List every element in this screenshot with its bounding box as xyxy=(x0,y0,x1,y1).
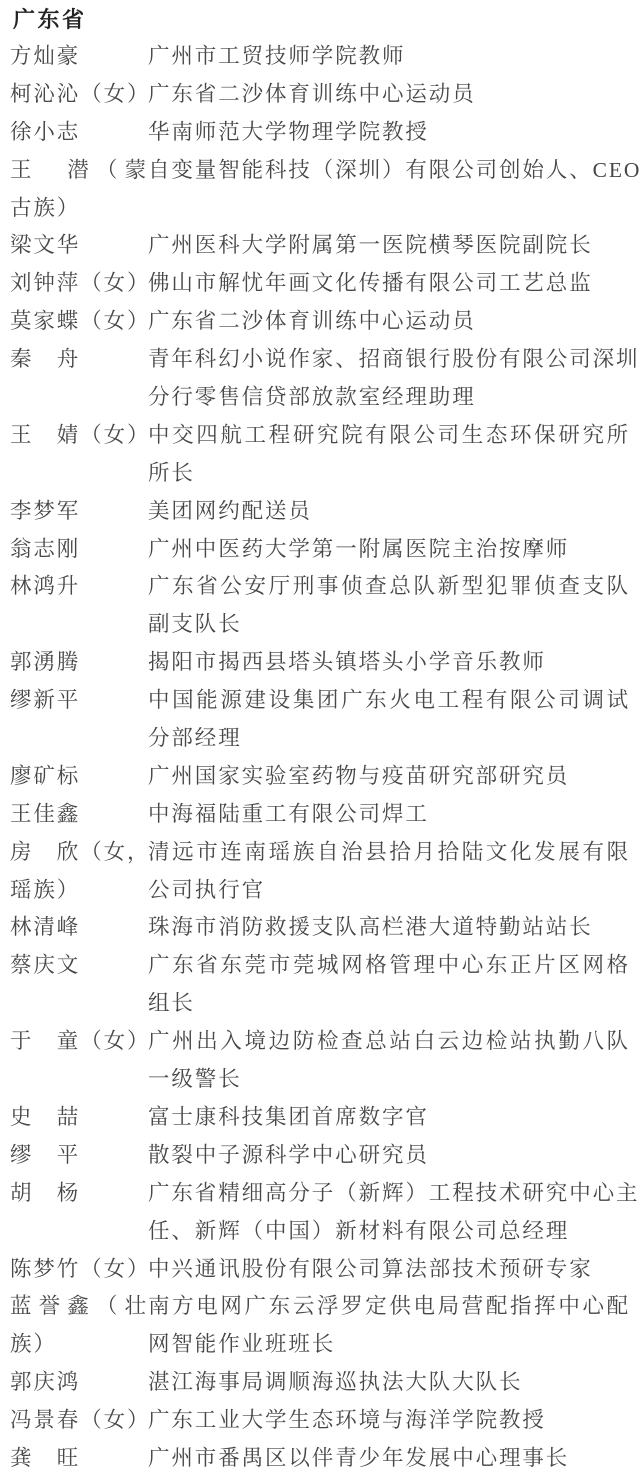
list-entry: 冯景春（女）广东工业大学生态环境与海洋学院教授 xyxy=(10,1402,632,1440)
honor-roll-list: 方灿豪广州市工贸技师学院教师柯沁沁（女）广东省二沙体育训练中心运动员徐小志华南师… xyxy=(10,38,632,1470)
person-name: 林清峰 xyxy=(10,909,148,947)
person-title-line: 清远市连南瑶族自治县拾月拾陆文化发展有限 xyxy=(148,834,630,872)
person-name-line: 族） xyxy=(10,1326,148,1364)
person-name-line: 陈梦竹（女） xyxy=(10,1251,148,1289)
person-title: 湛江海事局调顺海巡执法大队大队长 xyxy=(148,1364,630,1402)
person-title-line: 广州出入境边防检查总站白云边检站执勤八队 xyxy=(148,1023,630,1061)
list-entry: 翁志刚广州中医药大学第一附属医院主治按摩师 xyxy=(10,531,632,569)
person-name-line: 林清峰 xyxy=(10,909,148,947)
person-title-line: 广州市番禺区以伴青少年发展中心理事长 xyxy=(148,1440,630,1470)
person-title: 广州国家实验室药物与疫苗研究部研究员 xyxy=(148,758,630,796)
person-title-line: 广东省二沙体育训练中心运动员 xyxy=(148,76,630,114)
person-name-line: 柯沁沁（女） xyxy=(10,76,148,114)
list-entry: 廖矿标广州国家实验室药物与疫苗研究部研究员 xyxy=(10,758,632,796)
person-title-line: 珠海市消防救援支队高栏港大道特勤站站长 xyxy=(148,909,630,947)
list-entry: 于 童（女）广州出入境边防检查总站白云边检站执勤八队一级警长 xyxy=(10,1023,632,1099)
list-entry: 郭庆鸿湛江海事局调顺海巡执法大队大队长 xyxy=(10,1364,632,1402)
person-title-line: 广东省公安厅刑事侦查总队新型犯罪侦查支队 xyxy=(148,568,630,606)
person-title-line: 组长 xyxy=(148,985,630,1023)
person-name-line: 缪 平 xyxy=(10,1137,148,1175)
person-title: 广州出入境边防检查总站白云边检站执勤八队一级警长 xyxy=(148,1023,630,1099)
person-title-line: 中海福陆重工有限公司焊工 xyxy=(148,796,630,834)
person-title: 广东工业大学生态环境与海洋学院教授 xyxy=(148,1402,630,1440)
person-title-line: 广东省精细高分子（新辉）工程技术研究中心主 xyxy=(148,1175,630,1213)
person-name-line: 王 婧（女） xyxy=(10,417,148,455)
person-name-line: 郭庆鸿 xyxy=(10,1364,148,1402)
person-title: 广东省二沙体育训练中心运动员 xyxy=(148,303,630,341)
list-entry: 龚 旺广州市番禺区以伴青少年发展中心理事长 xyxy=(10,1440,632,1470)
list-entry: 梁文华广州医科大学附属第一医院横琴医院副院长 xyxy=(10,227,632,265)
person-name-line: 莫家蝶（女） xyxy=(10,303,148,341)
person-title: 散裂中子源科学中心研究员 xyxy=(148,1137,630,1175)
person-title-line: 分部经理 xyxy=(148,720,630,758)
person-name: 王 潜（蒙古族） xyxy=(10,152,148,228)
list-entry: 方灿豪广州市工贸技师学院教师 xyxy=(10,38,632,76)
person-name-line: 蔡庆文 xyxy=(10,947,148,985)
person-title: 南方电网广东云浮罗定供电局营配指挥中心配网智能作业班班长 xyxy=(148,1288,630,1364)
person-name: 王佳鑫 xyxy=(10,796,148,834)
list-entry: 莫家蝶（女）广东省二沙体育训练中心运动员 xyxy=(10,303,632,341)
person-name: 于 童（女） xyxy=(10,1023,148,1061)
person-name-line: 龚 旺 xyxy=(10,1440,148,1470)
person-title: 中交四航工程研究院有限公司生态环保研究所所长 xyxy=(148,417,630,493)
person-title-line: 中兴通讯股份有限公司算法部技术预研专家 xyxy=(148,1251,630,1289)
person-name: 王 婧（女） xyxy=(10,417,148,455)
person-title-line: 南方电网广东云浮罗定供电局营配指挥中心配 xyxy=(148,1288,630,1326)
person-title: 广州市工贸技师学院教师 xyxy=(148,38,630,76)
person-name-line: 史 喆 xyxy=(10,1099,148,1137)
person-name-line: 王 潜（蒙 xyxy=(10,152,148,190)
person-name-line: 李梦军 xyxy=(10,493,148,531)
person-title-line: 广东工业大学生态环境与海洋学院教授 xyxy=(148,1402,630,1440)
person-title: 广东省公安厅刑事侦查总队新型犯罪侦查支队副支队长 xyxy=(148,568,630,644)
province-heading: 广东省 xyxy=(10,2,632,38)
person-name-line: 瑶族） xyxy=(10,872,148,910)
person-title-line: 美团网约配送员 xyxy=(148,493,630,531)
person-name: 房 欣（女，瑶族） xyxy=(10,834,148,910)
person-name-line: 郭湧腾 xyxy=(10,644,148,682)
person-name-line: 房 欣（女， xyxy=(10,834,148,872)
person-title-line: 广东省二沙体育训练中心运动员 xyxy=(148,303,630,341)
list-entry: 李梦军美团网约配送员 xyxy=(10,493,632,531)
person-name: 陈梦竹（女） xyxy=(10,1251,148,1289)
person-name-line: 方灿豪 xyxy=(10,38,148,76)
person-name-line: 秦 舟 xyxy=(10,341,148,379)
person-title: 广州中医药大学第一附属医院主治按摩师 xyxy=(148,531,630,569)
person-title: 青年科幻小说作家、招商银行股份有限公司深圳分行零售信贷部放款室经理助理 xyxy=(148,341,630,417)
person-title-line: 副支队长 xyxy=(148,606,630,644)
person-name-line: 冯景春（女） xyxy=(10,1402,148,1440)
list-entry: 王 潜（蒙古族）自变量智能科技（深圳）有限公司创始人、CEO xyxy=(10,152,632,228)
list-entry: 林鸿升广东省公安厅刑事侦查总队新型犯罪侦查支队副支队长 xyxy=(10,568,632,644)
person-name: 冯景春（女） xyxy=(10,1402,148,1440)
list-entry: 刘钟萍（女）佛山市解忧年画文化传播有限公司工艺总监 xyxy=(10,265,632,303)
person-title-line: 广东省东莞市莞城网格管理中心东正片区网格 xyxy=(148,947,630,985)
person-title: 自变量智能科技（深圳）有限公司创始人、CEO xyxy=(148,152,630,190)
person-name-line: 刘钟萍（女） xyxy=(10,265,148,303)
list-entry: 郭湧腾揭阳市揭西县塔头镇塔头小学音乐教师 xyxy=(10,644,632,682)
person-title: 美团网约配送员 xyxy=(148,493,630,531)
person-name-line: 林鸿升 xyxy=(10,568,148,606)
person-title: 广东省东莞市莞城网格管理中心东正片区网格组长 xyxy=(148,947,630,1023)
person-title: 中海福陆重工有限公司焊工 xyxy=(148,796,630,834)
person-name: 缪新平 xyxy=(10,682,148,720)
person-name: 刘钟萍（女） xyxy=(10,265,148,303)
person-title: 中兴通讯股份有限公司算法部技术预研专家 xyxy=(148,1251,630,1289)
person-name: 李梦军 xyxy=(10,493,148,531)
person-title-line: 公司执行官 xyxy=(148,872,630,910)
person-title: 揭阳市揭西县塔头镇塔头小学音乐教师 xyxy=(148,644,630,682)
person-title: 富士康科技集团首席数字官 xyxy=(148,1099,630,1137)
person-title-line: 青年科幻小说作家、招商银行股份有限公司深圳 xyxy=(148,341,630,379)
person-title: 广州市番禺区以伴青少年发展中心理事长 xyxy=(148,1440,630,1470)
person-name-line: 缪新平 xyxy=(10,682,148,720)
person-title-line: 分行零售信贷部放款室经理助理 xyxy=(148,379,630,417)
list-entry: 蔡庆文广东省东莞市莞城网格管理中心东正片区网格组长 xyxy=(10,947,632,1023)
person-name: 方灿豪 xyxy=(10,38,148,76)
person-title-line: 网智能作业班班长 xyxy=(148,1326,630,1364)
person-name: 林鸿升 xyxy=(10,568,148,606)
person-title: 华南师范大学物理学院教授 xyxy=(148,114,630,152)
person-title: 广州医科大学附属第一医院横琴医院副院长 xyxy=(148,227,630,265)
person-title-line: 华南师范大学物理学院教授 xyxy=(148,114,630,152)
person-title: 珠海市消防救援支队高栏港大道特勤站站长 xyxy=(148,909,630,947)
list-entry: 王 婧（女）中交四航工程研究院有限公司生态环保研究所所长 xyxy=(10,417,632,493)
person-title-line: 富士康科技集团首席数字官 xyxy=(148,1099,630,1137)
person-name: 秦 舟 xyxy=(10,341,148,379)
person-name-line: 古族） xyxy=(10,190,148,228)
person-title-line: 佛山市解忧年画文化传播有限公司工艺总监 xyxy=(148,265,630,303)
person-title-line: 散裂中子源科学中心研究员 xyxy=(148,1137,630,1175)
person-title-line: 广州中医药大学第一附属医院主治按摩师 xyxy=(148,531,630,569)
person-title-line: 广州国家实验室药物与疫苗研究部研究员 xyxy=(148,758,630,796)
person-title-line: 中交四航工程研究院有限公司生态环保研究所 xyxy=(148,417,630,455)
person-name: 翁志刚 xyxy=(10,531,148,569)
person-name: 郭湧腾 xyxy=(10,644,148,682)
person-name: 蔡庆文 xyxy=(10,947,148,985)
person-name-line: 梁文华 xyxy=(10,227,148,265)
person-title-line: 一级警长 xyxy=(148,1061,630,1099)
person-title-line: 任、新辉（中国）新材料有限公司总经理 xyxy=(148,1213,630,1251)
person-title: 广东省二沙体育训练中心运动员 xyxy=(148,76,630,114)
list-entry: 胡 杨广东省精细高分子（新辉）工程技术研究中心主任、新辉（中国）新材料有限公司总… xyxy=(10,1175,632,1251)
list-entry: 房 欣（女，瑶族）清远市连南瑶族自治县拾月拾陆文化发展有限公司执行官 xyxy=(10,834,632,910)
person-name-line: 胡 杨 xyxy=(10,1175,148,1213)
list-entry: 缪 平散裂中子源科学中心研究员 xyxy=(10,1137,632,1175)
person-name: 廖矿标 xyxy=(10,758,148,796)
list-entry: 陈梦竹（女）中兴通讯股份有限公司算法部技术预研专家 xyxy=(10,1251,632,1289)
list-entry: 王佳鑫中海福陆重工有限公司焊工 xyxy=(10,796,632,834)
list-entry: 史 喆富士康科技集团首席数字官 xyxy=(10,1099,632,1137)
person-title: 佛山市解忧年画文化传播有限公司工艺总监 xyxy=(148,265,630,303)
person-title: 中国能源建设集团广东火电工程有限公司调试分部经理 xyxy=(148,682,630,758)
list-entry: 缪新平中国能源建设集团广东火电工程有限公司调试分部经理 xyxy=(10,682,632,758)
person-name-line: 徐小志 xyxy=(10,114,148,152)
person-name: 郭庆鸿 xyxy=(10,1364,148,1402)
document-page: 广东省 方灿豪广州市工贸技师学院教师柯沁沁（女）广东省二沙体育训练中心运动员徐小… xyxy=(0,0,640,1470)
person-title-line: 揭阳市揭西县塔头镇塔头小学音乐教师 xyxy=(148,644,630,682)
person-title: 清远市连南瑶族自治县拾月拾陆文化发展有限公司执行官 xyxy=(148,834,630,910)
list-entry: 秦 舟青年科幻小说作家、招商银行股份有限公司深圳分行零售信贷部放款室经理助理 xyxy=(10,341,632,417)
person-name: 龚 旺 xyxy=(10,1440,148,1470)
person-name: 莫家蝶（女） xyxy=(10,303,148,341)
person-name-line: 蓝誉鑫（壮 xyxy=(10,1288,148,1326)
person-title-line: 广州市工贸技师学院教师 xyxy=(148,38,630,76)
person-name: 蓝誉鑫（壮族） xyxy=(10,1288,148,1364)
person-name: 梁文华 xyxy=(10,227,148,265)
person-name: 徐小志 xyxy=(10,114,148,152)
person-name-line: 廖矿标 xyxy=(10,758,148,796)
person-title-line: 中国能源建设集团广东火电工程有限公司调试 xyxy=(148,682,630,720)
person-name-line: 于 童（女） xyxy=(10,1023,148,1061)
person-title-line: 自变量智能科技（深圳）有限公司创始人、CEO xyxy=(148,152,630,190)
person-title-line: 所长 xyxy=(148,455,630,493)
person-name-line: 王佳鑫 xyxy=(10,796,148,834)
list-entry: 蓝誉鑫（壮族）南方电网广东云浮罗定供电局营配指挥中心配网智能作业班班长 xyxy=(10,1288,632,1364)
person-title: 广东省精细高分子（新辉）工程技术研究中心主任、新辉（中国）新材料有限公司总经理 xyxy=(148,1175,630,1251)
person-name: 史 喆 xyxy=(10,1099,148,1137)
person-name: 胡 杨 xyxy=(10,1175,148,1213)
person-name-line: 翁志刚 xyxy=(10,531,148,569)
list-entry: 徐小志华南师范大学物理学院教授 xyxy=(10,114,632,152)
list-entry: 柯沁沁（女）广东省二沙体育训练中心运动员 xyxy=(10,76,632,114)
person-name: 柯沁沁（女） xyxy=(10,76,148,114)
person-title-line: 广州医科大学附属第一医院横琴医院副院长 xyxy=(148,227,630,265)
list-entry: 林清峰珠海市消防救援支队高栏港大道特勤站站长 xyxy=(10,909,632,947)
person-name: 缪 平 xyxy=(10,1137,148,1175)
person-title-line: 湛江海事局调顺海巡执法大队大队长 xyxy=(148,1364,630,1402)
